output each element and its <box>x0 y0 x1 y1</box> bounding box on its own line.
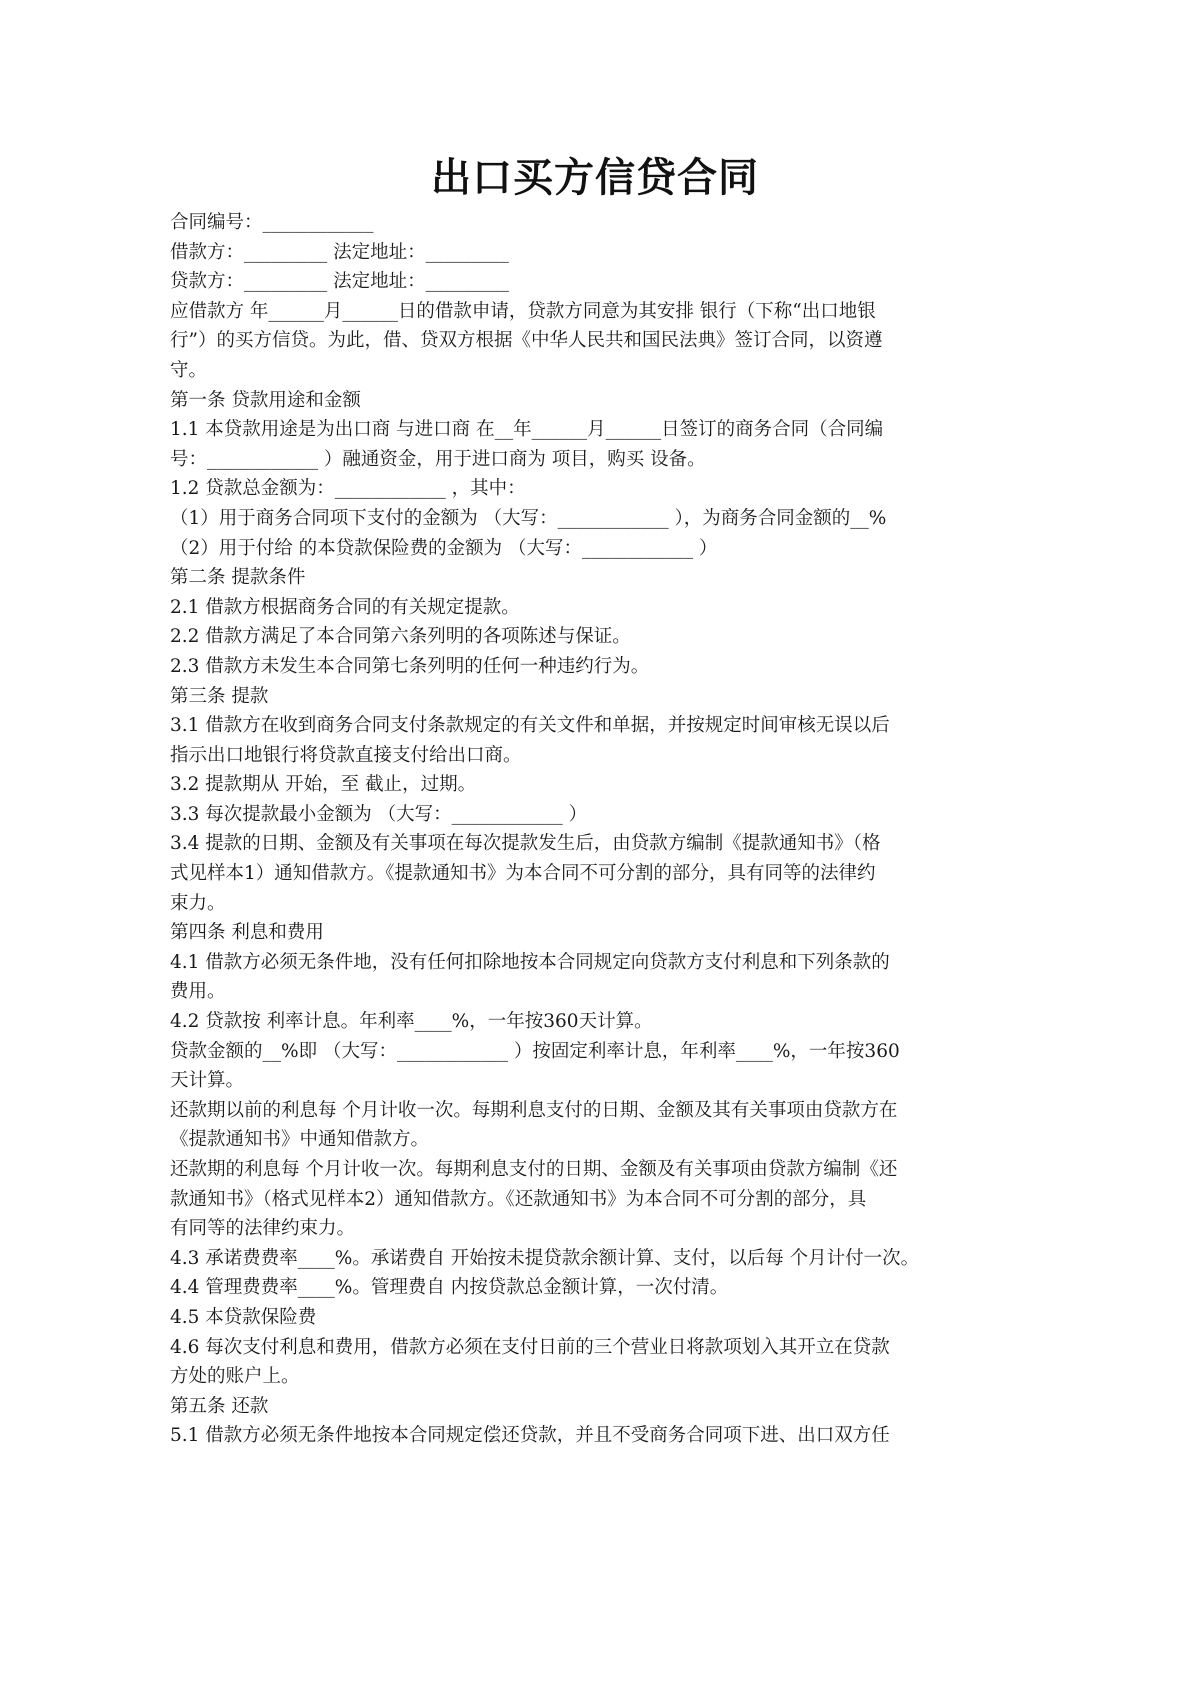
clause-line: 3.2 提款期从 开始，至 截止，过期。 <box>170 770 1022 800</box>
document-title: 出口买方信贷合同 <box>0 150 1190 206</box>
clause-line: 费用。 <box>170 977 1022 1007</box>
clause-line: （1）用于商务合同项下支付的金额为 （大写：____________ ），为商务… <box>170 504 1022 534</box>
borrower-field: 借款方：_________ 法定地址：_________ <box>170 238 1022 268</box>
document-page: 出口买方信贷合同 合同编号：____________ 借款方：_________… <box>0 0 1190 1683</box>
clause-line: 4.3 承诺费费率____%。承诺费自 开始按未提贷款余额计算、支付，以后每 个… <box>170 1244 1022 1274</box>
clause-line: 3.1 借款方在收到商务合同支付条款规定的有关文件和单据，并按规定时间审核无误以… <box>170 711 1022 741</box>
clause-line: 指示出口地银行将贷款直接支付给出口商。 <box>170 741 1022 771</box>
preamble-line: 守。 <box>170 356 1022 386</box>
article-2-heading: 第二条 提款条件 <box>170 563 1022 593</box>
article-3-heading: 第三条 提款 <box>170 682 1022 712</box>
clause-line: 1.2 贷款总金额为：____________ ，其中： <box>170 474 1022 504</box>
preamble-line: 应借款方 年______月______日的借款申请，贷款方同意为其安排 银行（下… <box>170 297 1022 327</box>
clause-line: 2.2 借款方满足了本合同第六条列明的各项陈述与保证。 <box>170 622 1022 652</box>
clause-line: 4.5 本贷款保险费 <box>170 1303 1022 1333</box>
clause-line: 4.6 每次支付利息和费用，借款方必须在支付日前的三个营业日将款项划入其开立在贷… <box>170 1333 1022 1363</box>
article-4-heading: 第四条 利息和费用 <box>170 918 1022 948</box>
clause-line: 还款期以前的利息每 个月计收一次。每期利息支付的日期、金额及其有关事项由贷款方在 <box>170 1096 1022 1126</box>
clause-line: 2.3 借款方未发生本合同第七条列明的任何一种违约行为。 <box>170 652 1022 682</box>
contract-number-field: 合同编号：____________ <box>170 208 1022 238</box>
clause-line: 号：____________ ）融通资金，用于进口商为 项目，购买 设备。 <box>170 445 1022 475</box>
clause-line: 还款期的利息每 个月计收一次。每期利息支付的日期、金额及有关事项由贷款方编制《还 <box>170 1155 1022 1185</box>
document-body: 合同编号：____________ 借款方：_________ 法定地址：___… <box>170 208 1022 1451</box>
clause-line: 5.1 借款方必须无条件地按本合同规定偿还贷款，并且不受商务合同项下进、出口双方… <box>170 1421 1022 1451</box>
clause-line: 4.4 管理费费率____%。管理费自 内按贷款总金额计算，一次付清。 <box>170 1273 1022 1303</box>
clause-line: （2）用于付给 的本贷款保险费的金额为 （大写：____________ ） <box>170 534 1022 564</box>
clause-line: 束力。 <box>170 889 1022 919</box>
clause-line: 《提款通知书》中通知借款方。 <box>170 1125 1022 1155</box>
article-5-heading: 第五条 还款 <box>170 1392 1022 1422</box>
article-1-heading: 第一条 贷款用途和金额 <box>170 386 1022 416</box>
clause-line: 1.1 本贷款用途是为出口商 与进口商 在__年______月______日签订… <box>170 415 1022 445</box>
clause-line: 有同等的法律约束力。 <box>170 1214 1022 1244</box>
clause-line: 3.3 每次提款最小金额为 （大写：____________ ） <box>170 800 1022 830</box>
clause-line: 2.1 借款方根据商务合同的有关规定提款。 <box>170 593 1022 623</box>
clause-line: 款通知书》（格式见样本2）通知借款方。《还款通知书》为本合同不可分割的部分，具 <box>170 1185 1022 1215</box>
clause-line: 4.1 借款方必须无条件地，没有任何扣除地按本合同规定向贷款方支付利息和下列条款… <box>170 948 1022 978</box>
lender-field: 贷款方：_________ 法定地址：_________ <box>170 267 1022 297</box>
clause-line: 天计算。 <box>170 1066 1022 1096</box>
clause-line: 4.2 贷款按 利率计息。年利率____%，一年按360天计算。 <box>170 1007 1022 1037</box>
clause-line: 贷款金额的__%即 （大写：____________ ）按固定利率计息，年利率_… <box>170 1037 1022 1067</box>
clause-line: 3.4 提款的日期、金额及有关事项在每次提款发生后，由贷款方编制《提款通知书》（… <box>170 829 1022 859</box>
clause-line: 式见样本1）通知借款方。《提款通知书》为本合同不可分割的部分，具有同等的法律约 <box>170 859 1022 889</box>
preamble-line: 行”）的买方信贷。为此，借、贷双方根据《中华人民共和国民法典》签订合同，以资遵 <box>170 326 1022 356</box>
clause-line: 方处的账户上。 <box>170 1362 1022 1392</box>
